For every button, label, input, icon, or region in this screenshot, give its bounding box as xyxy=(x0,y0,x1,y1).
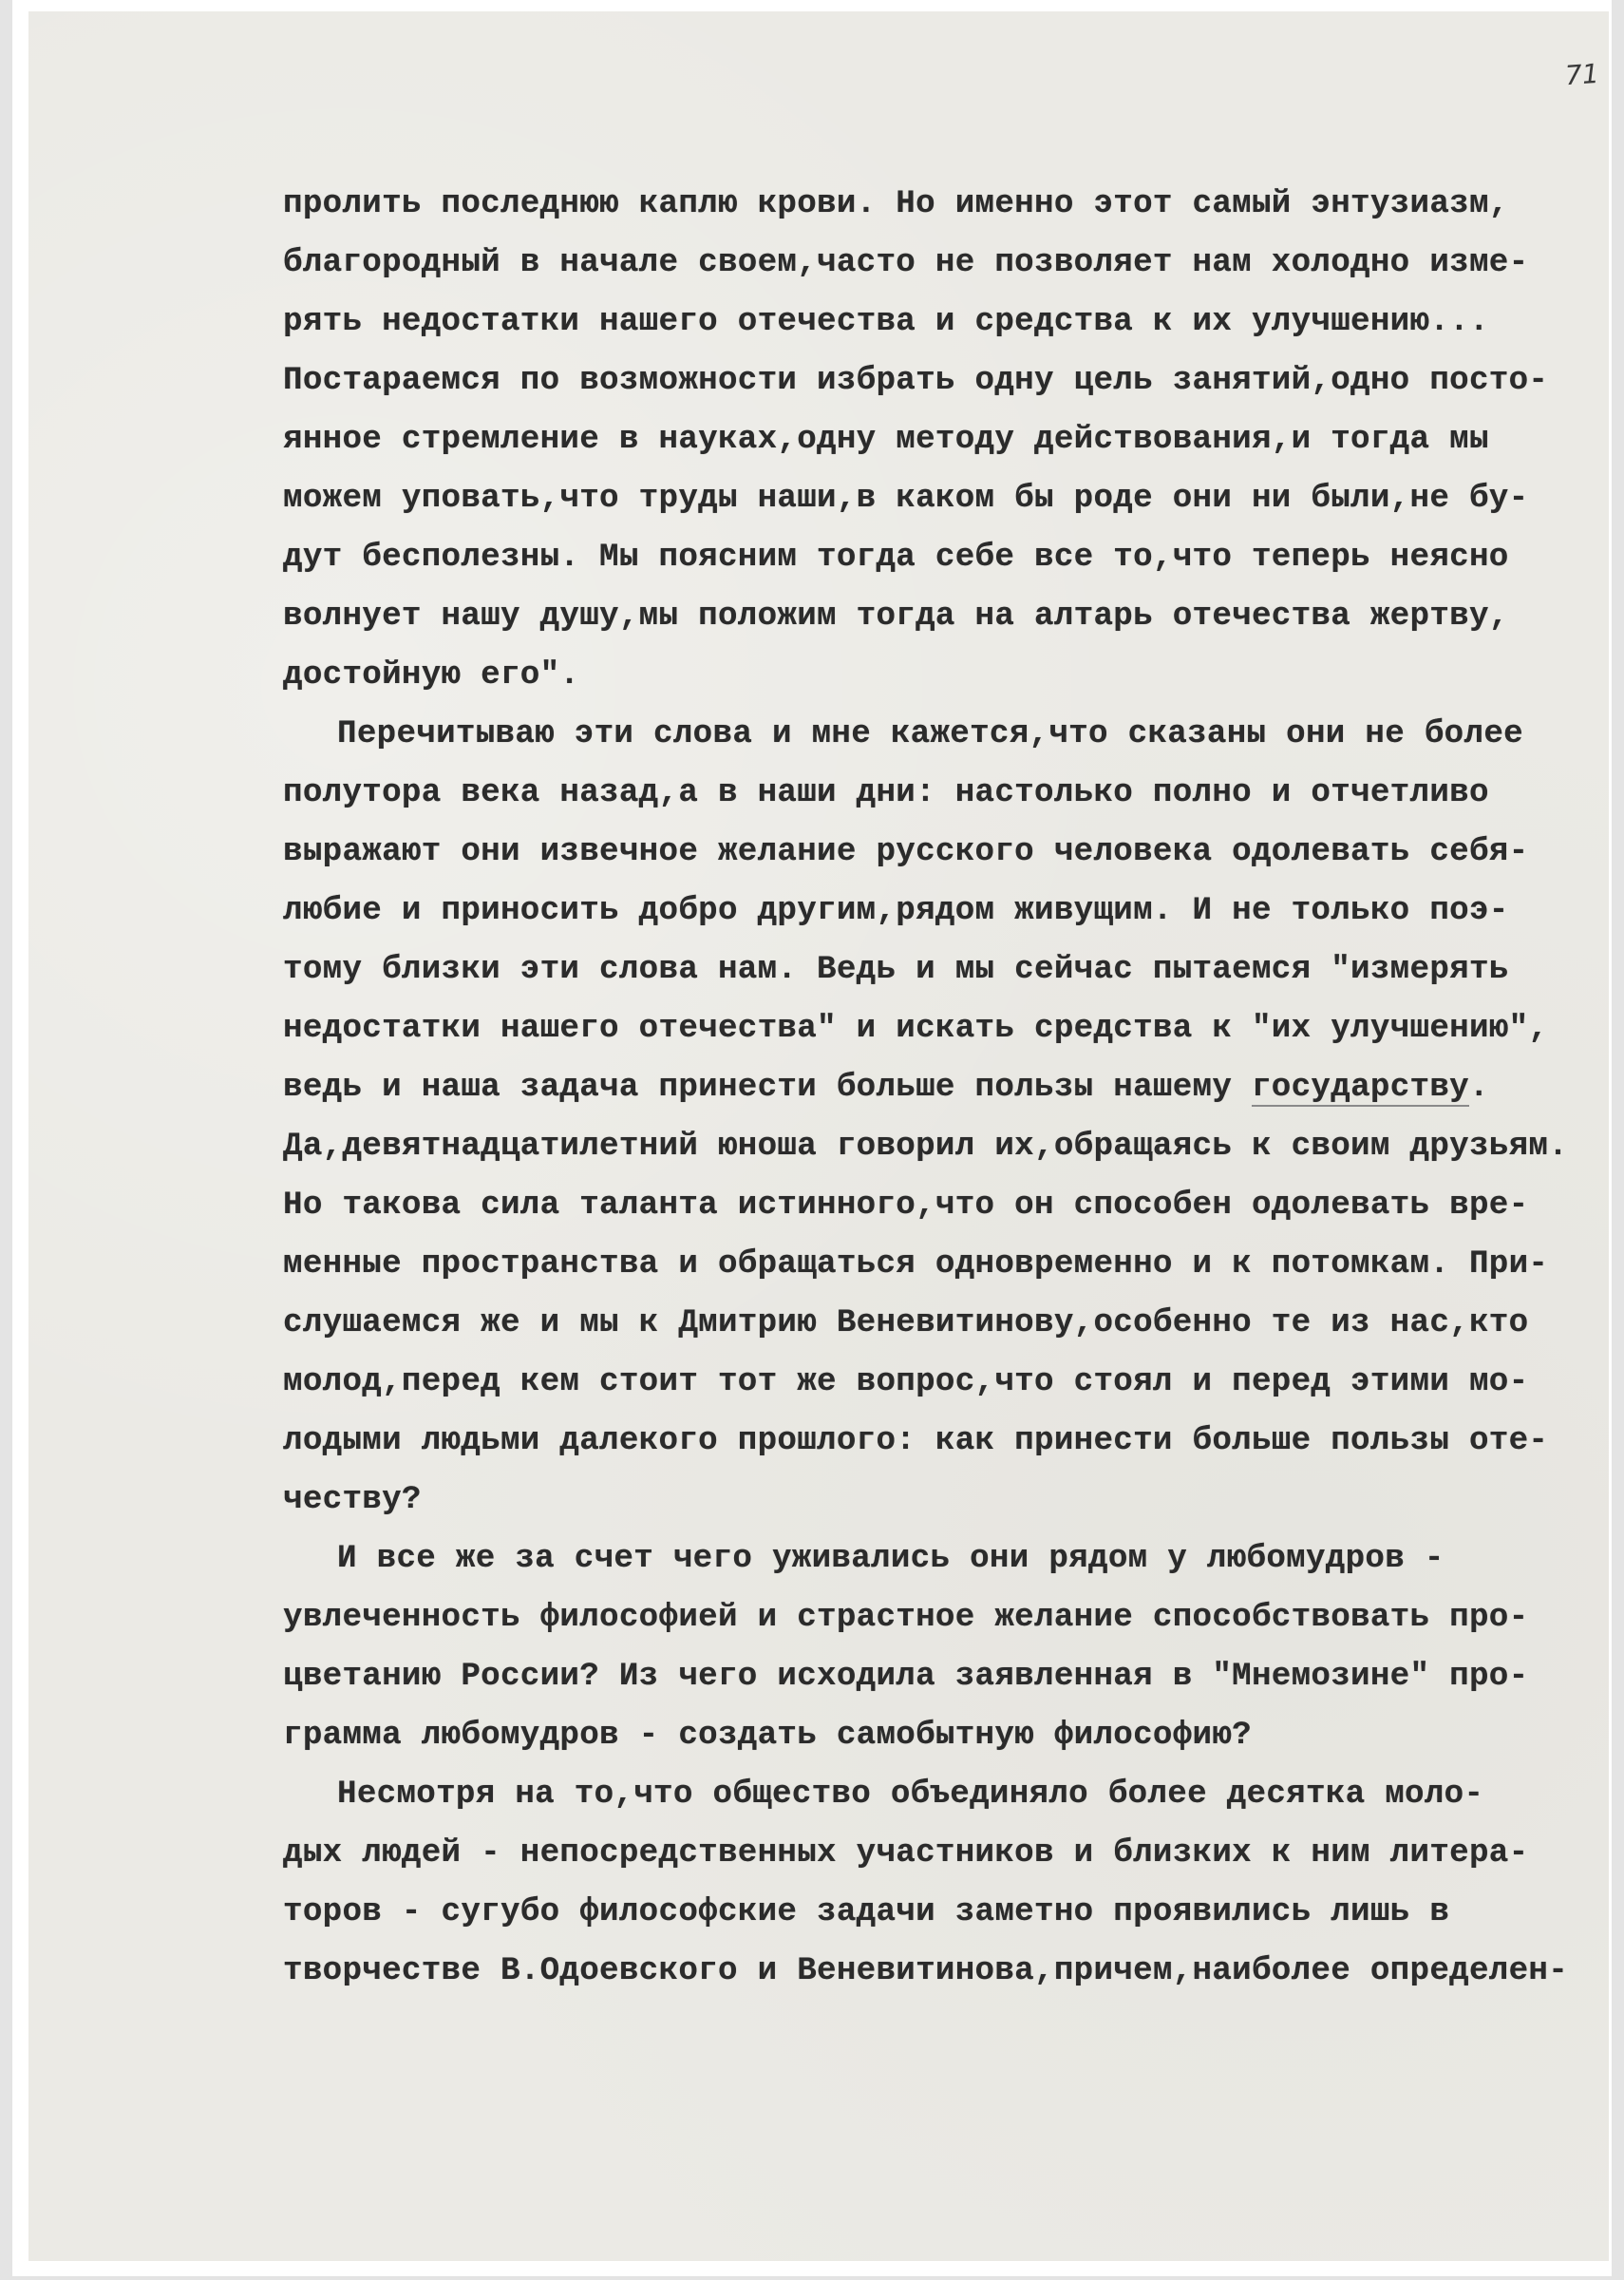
line-text: можем уповать,что труды наши,в каком бы … xyxy=(283,481,1528,517)
text-line: рять недостатки нашего отечества и средс… xyxy=(283,298,1613,357)
pencil-underlined-word: государству xyxy=(1252,1070,1469,1106)
text-line: честву? xyxy=(283,1476,1613,1535)
text-line: лодыми людьми далекого прошлого: как при… xyxy=(283,1417,1613,1476)
line-text: дут бесполезны. Мы поясним тогда себе вс… xyxy=(283,540,1509,576)
line-text: честву? xyxy=(283,1482,422,1518)
line-text: Перечитываю эти слова и мне кажется,что … xyxy=(337,716,1523,752)
text-line: Но такова сила таланта истинного,что он … xyxy=(283,1182,1613,1241)
text-line: волнует нашу душу,мы положим тогда на ал… xyxy=(283,593,1613,652)
line-text: пролить последнюю каплю крови. Но именно… xyxy=(283,186,1509,222)
text-line: увлеченность философией и страстное жела… xyxy=(283,1594,1613,1653)
text-line: цветанию России? Из чего исходила заявле… xyxy=(283,1653,1613,1712)
line-text: Несмотря на то,что общество объединяло б… xyxy=(337,1776,1483,1813)
line-text: любие и приносить добро другим,рядом жив… xyxy=(283,893,1509,929)
line-text: менные пространства и обращаться одновре… xyxy=(283,1246,1548,1282)
text-line: дых людей - непосредственных участников … xyxy=(283,1830,1613,1889)
line-text: дых людей - непосредственных участников … xyxy=(283,1835,1528,1871)
line-text: грамма любомудров - создать самобытную ф… xyxy=(283,1718,1252,1754)
line-text: торов - сугубо философские задачи заметн… xyxy=(283,1894,1449,1930)
line-text: тому близки эти слова нам. Ведь и мы сей… xyxy=(283,952,1509,988)
body-text: пролить последнюю каплю крови. Но именно… xyxy=(283,180,1613,2006)
text-line: Несмотря на то,что общество объединяло б… xyxy=(283,1771,1613,1830)
text-line: творчестве В.Одоевского и Веневитинова,п… xyxy=(283,1947,1613,2006)
line-text: И все же за счет чего уживались они рядо… xyxy=(337,1541,1445,1577)
line-text: Постараемся по возможности избрать одну … xyxy=(283,363,1548,399)
text-line: янное стремление в науках,одну методу де… xyxy=(283,416,1613,475)
line-text: волнует нашу душу,мы положим тогда на ал… xyxy=(283,598,1509,635)
text-line: менные пространства и обращаться одновре… xyxy=(283,1241,1613,1300)
line-text: Но такова сила таланта истинного,что он … xyxy=(283,1187,1528,1224)
text-line: полутора века назад,а в наши дни: настол… xyxy=(283,769,1613,828)
line-text: увлеченность философией и страстное жела… xyxy=(283,1600,1528,1636)
line-text: слушаемся же и мы к Дмитрию Веневитинову… xyxy=(283,1305,1528,1341)
line-text: ведь и наша задача принести больше польз… xyxy=(283,1070,1252,1106)
text-line: ведь и наша задача принести больше польз… xyxy=(283,1064,1613,1123)
text-line: слушаемся же и мы к Дмитрию Веневитинову… xyxy=(283,1300,1613,1358)
line-text: молод,перед кем стоит тот же вопрос,что … xyxy=(283,1364,1528,1400)
text-line: выражают они извечное желание русского ч… xyxy=(283,828,1613,887)
line-text: полутора века назад,а в наши дни: настол… xyxy=(283,775,1489,811)
text-line: недостатки нашего отечества" и искать ср… xyxy=(283,1005,1613,1064)
line-text: лодыми людьми далекого прошлого: как при… xyxy=(283,1423,1548,1459)
text-line: И все же за счет чего уживались они рядо… xyxy=(283,1535,1613,1594)
text-line: Перечитываю эти слова и мне кажется,что … xyxy=(283,711,1613,769)
page-number: 71 xyxy=(1564,58,1600,91)
line-text: творчестве В.Одоевского и Веневитинова,п… xyxy=(283,1953,1568,1989)
line-text: рять недостатки нашего отечества и средс… xyxy=(283,304,1489,340)
text-line: любие и приносить добро другим,рядом жив… xyxy=(283,887,1613,946)
line-text: достойную его". xyxy=(283,657,579,693)
text-line: пролить последнюю каплю крови. Но именно… xyxy=(283,180,1613,239)
line-text: янное стремление в науках,одну методу де… xyxy=(283,422,1489,458)
text-line: достойную его". xyxy=(283,652,1613,711)
text-line: Да,девятнадцатилетний юноша говорил их,о… xyxy=(283,1123,1613,1182)
text-line: благородный в начале своем,часто не позв… xyxy=(283,239,1613,298)
text-line: тому близки эти слова нам. Ведь и мы сей… xyxy=(283,946,1613,1005)
line-text: Да,девятнадцатилетний юноша говорил их,о… xyxy=(283,1129,1568,1165)
text-line: торов - сугубо философские задачи заметн… xyxy=(283,1889,1613,1947)
line-text: благородный в начале своем,часто не позв… xyxy=(283,245,1528,281)
text-line: дут бесполезны. Мы поясним тогда себе вс… xyxy=(283,534,1613,593)
line-text-after: . xyxy=(1469,1070,1489,1106)
line-text: выражают они извечное желание русского ч… xyxy=(283,834,1528,870)
text-line: Постараемся по возможности избрать одну … xyxy=(283,357,1613,416)
text-line: можем уповать,что труды наши,в каком бы … xyxy=(283,475,1613,534)
line-text: недостатки нашего отечества" и искать ср… xyxy=(283,1011,1548,1047)
text-line: молод,перед кем стоит тот же вопрос,что … xyxy=(283,1358,1613,1417)
text-line: грамма любомудров - создать самобытную ф… xyxy=(283,1712,1613,1771)
line-text: цветанию России? Из чего исходила заявле… xyxy=(283,1659,1528,1695)
